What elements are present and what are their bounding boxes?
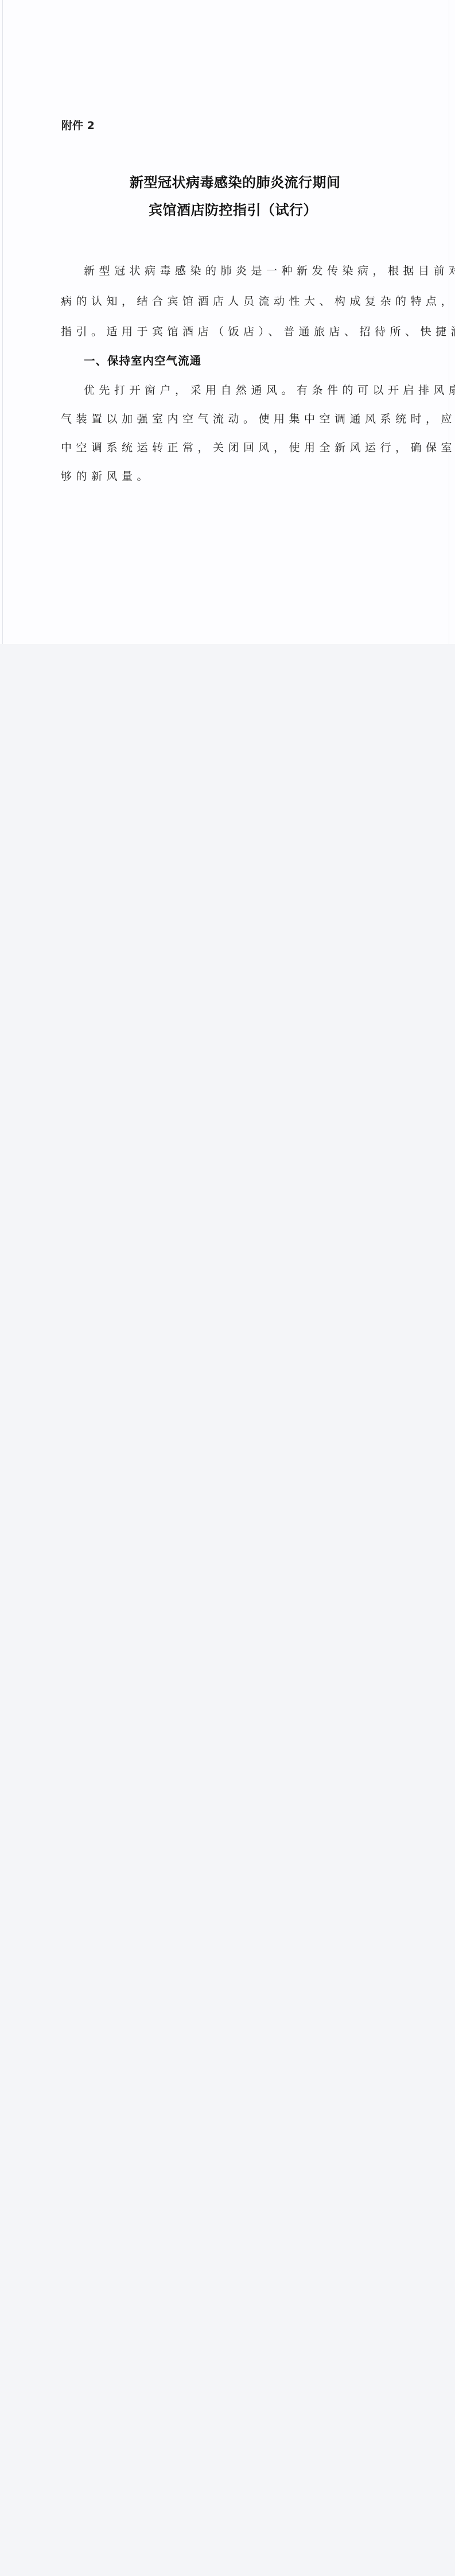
paragraph-line: 新型冠状病毒感染的肺炎是一种新发传染病，根据目前对该疾 — [84, 264, 455, 278]
paragraph-line: 中空调系统运转正常，关闭回风，使用全新风运行，确保室内有足 — [61, 441, 455, 455]
paragraph-line: 够的新风量。 — [61, 470, 152, 483]
page-6: 附件 2 新型冠状病毒感染的肺炎流行期间 宾馆酒店防控指引（试行） 新型冠状病毒… — [0, 0, 455, 644]
document-title-line-2: 宾馆酒店防控指引（试行） — [149, 203, 317, 217]
paragraph-line: 气装置以加强室内空气流动。使用集中空调通风系统时，应保证集 — [61, 412, 455, 426]
paragraph-line: 优先打开窗户，采用自然通风。有条件的可以开启排风扇等抽 — [84, 383, 455, 397]
attachment-label: 附件 2 — [61, 119, 95, 133]
paragraph-line: 病的认知，结合宾馆酒店人员流动性大、构成复杂的特点，制定本 — [61, 294, 455, 308]
section-heading-1: 一、保持室内空气流通 — [84, 354, 201, 368]
document-title-line-1: 新型冠状病毒感染的肺炎流行期间 — [130, 176, 341, 189]
paragraph-line: 指引。适用于宾馆酒店（饭店）、普通旅店、招待所、快捷酒店等。 — [61, 325, 455, 339]
